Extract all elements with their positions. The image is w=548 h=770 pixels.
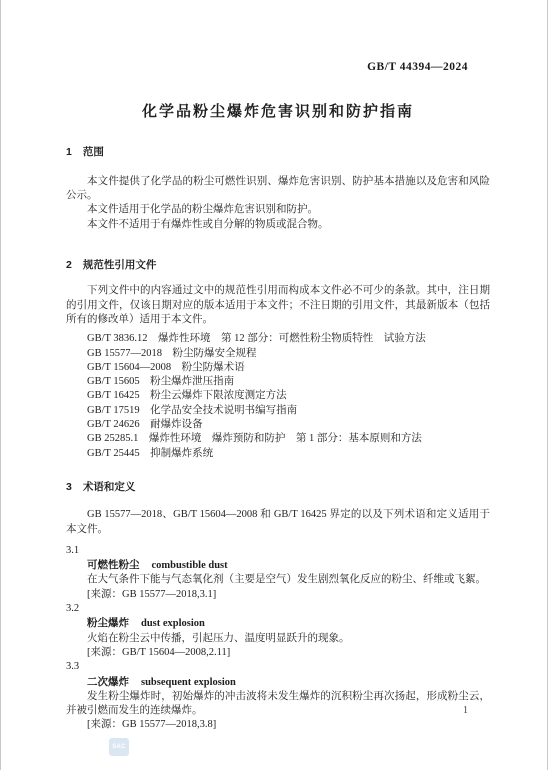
reference-item: GB/T 15605 粉尘爆炸泄压指南 (66, 375, 490, 389)
term-chinese: 可燃性粉尘 (87, 559, 140, 571)
term-name-line: 可燃性粉尘combustible dust (66, 558, 490, 573)
term-name-line: 二次爆炸subsequent explosion (66, 675, 490, 690)
reference-list: GB/T 3836.12 爆炸性环境 第 12 部分：可燃性粉尘物质特性 试验方… (66, 332, 490, 461)
scope-paragraphs: 本文件提供了化学品的粉尘可燃性识别、爆炸危害识别、防护基本措施以及危害和风险公示… (66, 175, 490, 232)
term-chinese: 粉尘爆炸 (87, 617, 129, 629)
reference-item: GB/T 3836.12 爆炸性环境 第 12 部分：可燃性粉尘物质特性 试验方… (66, 332, 490, 346)
intro-paragraph: GB 15577—2018、GB/T 15604—2008 和 GB/T 164… (66, 508, 490, 537)
reference-item: GB/T 15604—2008 粉尘防爆术语 (66, 361, 490, 375)
scope-paragraph: 本文件不适用于有爆炸性或自分解的物质或混合物。 (66, 218, 490, 232)
term-chinese: 二次爆炸 (87, 676, 129, 688)
scope-paragraph: 本文件提供了化学品的粉尘可燃性识别、爆炸危害识别、防护基本措施以及危害和风险公示… (66, 175, 490, 204)
section-title: 规范性引用文件 (83, 259, 157, 271)
term-number: 3.3 (66, 660, 490, 674)
term-entry: 3.2 粉尘爆炸dust explosion 火焰在粉尘云中传播，引起压力、温度… (66, 602, 490, 660)
term-entries: 3.1 可燃性粉尘combustible dust 在大气条件下能与气态氧化剂（… (66, 544, 490, 733)
section-title: 范围 (83, 146, 104, 158)
intro-paragraph: 下列文件中的内容通过文中的规范性引用而构成本文件必不可少的条款。其中，注日期的引… (66, 284, 490, 327)
section-number: 2 (66, 259, 72, 271)
term-definition: 火焰在粉尘云中传播，引起压力、温度明显跃升的现象。 (66, 632, 490, 646)
term-number: 3.1 (66, 544, 490, 558)
reference-item: GB/T 24626 耐爆炸设备 (66, 418, 490, 432)
term-english: dust explosion (141, 618, 205, 629)
reference-item: GB/T 17519 化学品安全技术说明书编写指南 (66, 404, 490, 418)
reference-item: GB 15577—2018 粉尘防爆安全规程 (66, 347, 490, 361)
section-heading-normative-references: 2规范性引用文件 (66, 258, 490, 272)
term-number: 3.2 (66, 602, 490, 616)
document-title: 化学品粉尘爆炸危害识别和防护指南 (66, 105, 490, 119)
standard-document-page: GB/T 44394—2024 化学品粉尘爆炸危害识别和防护指南 1范围 本文件… (0, 0, 548, 770)
term-source: [来源：GB/T 15604—2008,2.11] (66, 646, 490, 660)
section-number: 1 (66, 146, 72, 158)
term-source: [来源：GB 15577—2018,3.8] (66, 718, 490, 732)
term-entry: 3.3 二次爆炸subsequent explosion 发生粉尘爆炸时，初始爆… (66, 660, 490, 732)
term-definition: 在大气条件下能与气态氧化剂（主要是空气）发生剧烈氧化反应的粉尘、纤维或飞絮。 (66, 573, 490, 587)
section-heading-terms: 3术语和定义 (66, 480, 490, 494)
standard-number: GB/T 44394—2024 (66, 60, 468, 74)
term-name-line: 粉尘爆炸dust explosion (66, 616, 490, 631)
terms-intro: GB 15577—2018、GB/T 15604—2008 和 GB/T 164… (66, 508, 490, 537)
reference-item: GB/T 16425 粉尘云爆炸下限浓度测定方法 (66, 389, 490, 403)
term-source: [来源：GB 15577—2018,3.1] (66, 588, 490, 602)
term-english: subsequent explosion (141, 677, 236, 688)
section-number: 3 (66, 481, 72, 493)
term-definition: 发生粉尘爆炸时，初始爆炸的冲击波将未发生爆炸的沉积粉尘再次扬起，形成粉尘云，并被… (66, 690, 490, 719)
term-entry: 3.1 可燃性粉尘combustible dust 在大气条件下能与气态氧化剂（… (66, 544, 490, 602)
reference-item: GB 25285.1 爆炸性环境 爆炸预防和防护 第 1 部分：基本原则和方法 (66, 432, 490, 446)
scope-paragraph: 本文件适用于化学品的粉尘爆炸危害识别和防护。 (66, 203, 490, 217)
term-english: combustible dust (152, 560, 228, 571)
reference-item: GB/T 25445 抑制爆炸系统 (66, 447, 490, 461)
page-number: 1 (463, 704, 468, 718)
sac-watermark-icon: SAC (109, 738, 129, 756)
normative-references-intro: 下列文件中的内容通过文中的规范性引用而构成本文件必不可少的条款。其中，注日期的引… (66, 284, 490, 327)
section-title: 术语和定义 (83, 481, 136, 493)
section-heading-scope: 1范围 (66, 145, 490, 159)
